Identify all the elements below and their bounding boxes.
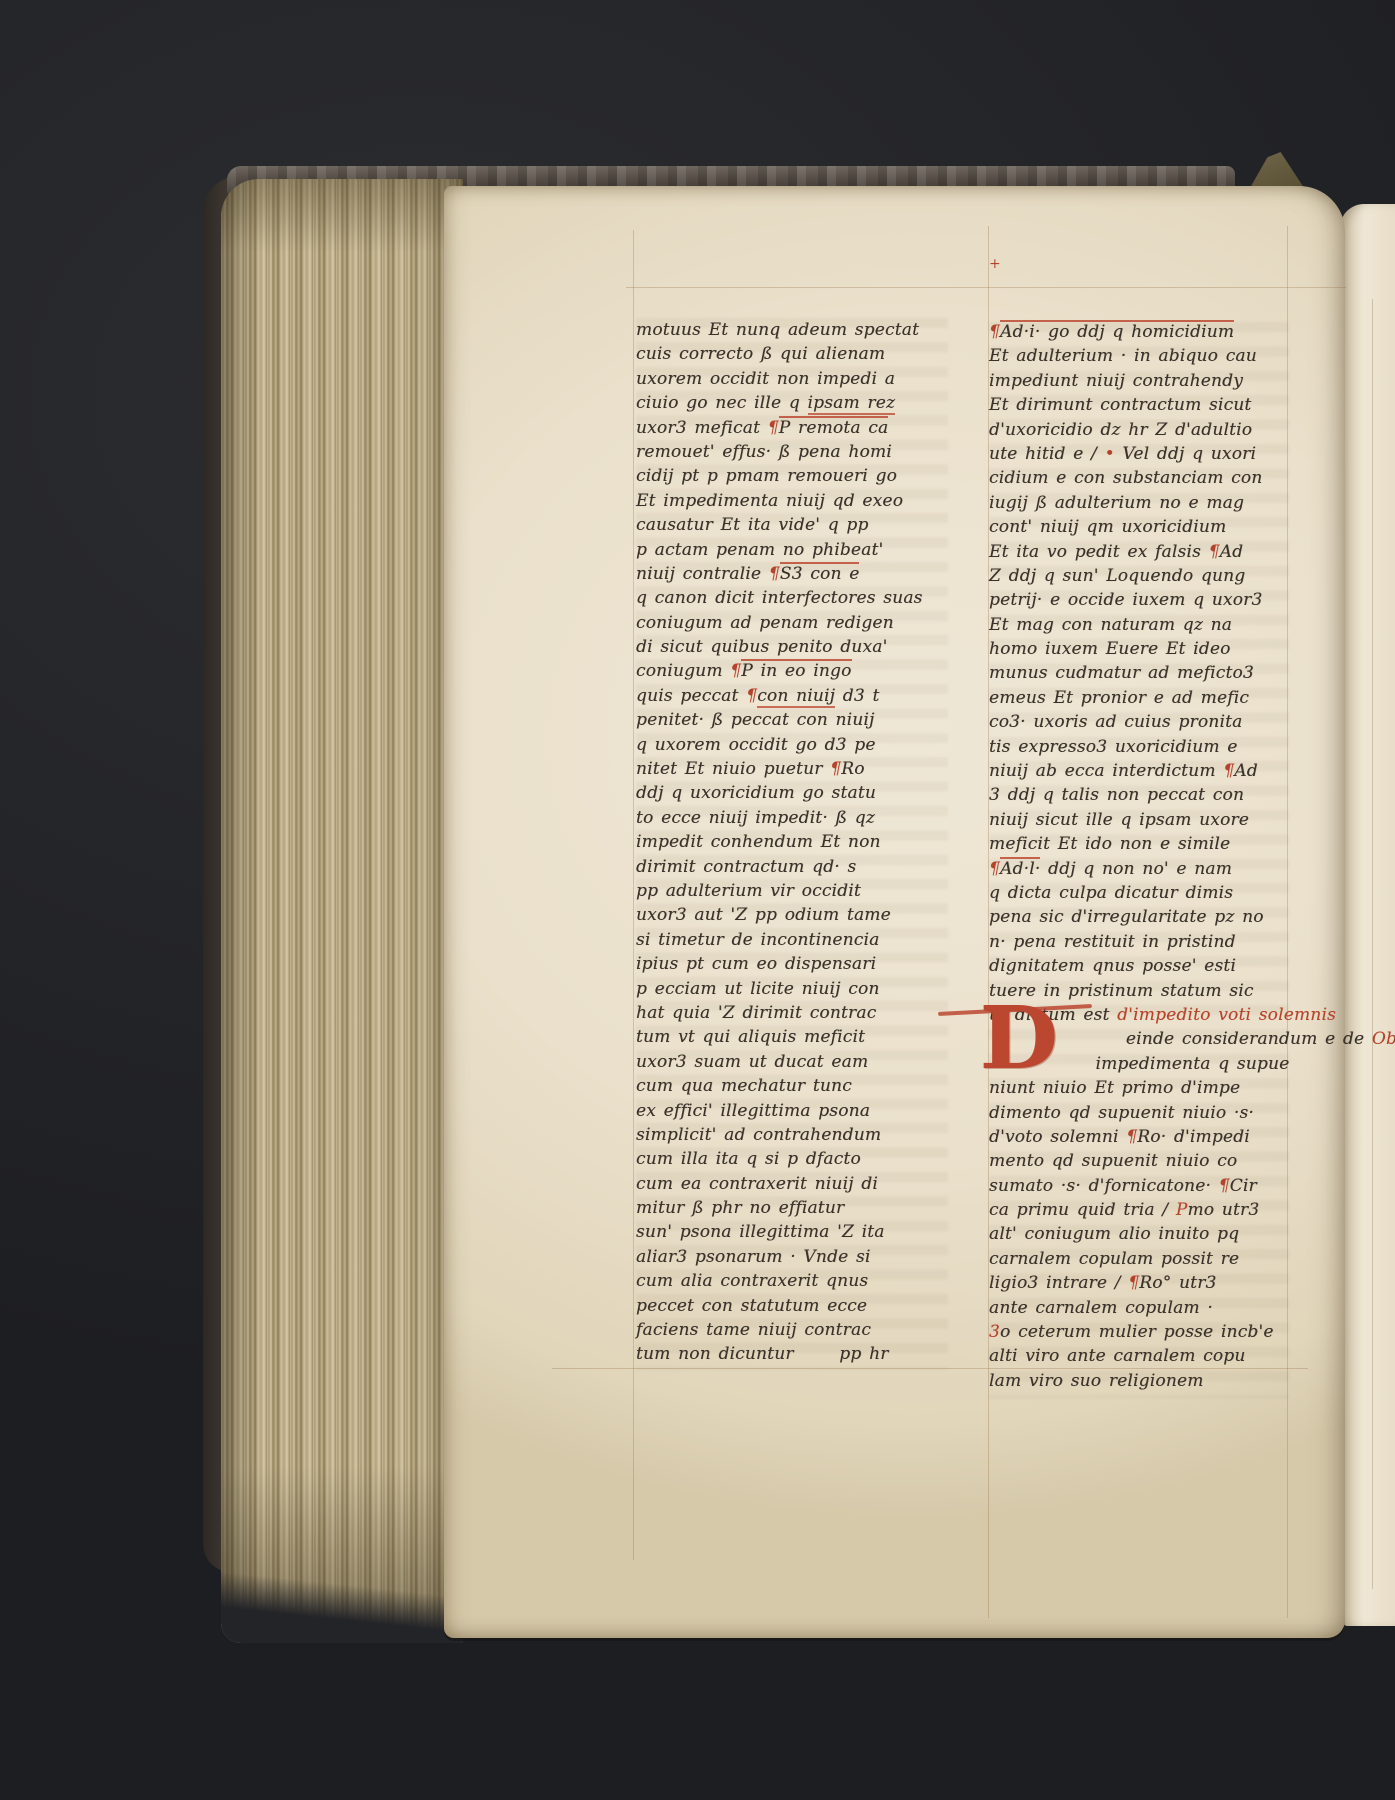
manuscript-text-line: si timetur de incontinencia [636, 928, 948, 952]
manuscript-text-line: petrij· e occide iuxem q uxor3 [989, 588, 1291, 612]
manuscript-text-line: simplicit' ad contrahendum [636, 1123, 948, 1147]
manuscript-text-line: homo iuxem Euere Et ideo [989, 637, 1291, 661]
manuscript-text-line: munus cudmatur ad meficto3 [989, 661, 1291, 685]
manuscript-text-line: Et mag con naturam qz na [989, 613, 1291, 637]
manuscript-text-line: impedit conhendum Et non [636, 830, 948, 854]
manuscript-text-line: Et adulterium · in abiquo cau [989, 344, 1291, 368]
manuscript-text-line: uxorem occidit non impedi a [636, 367, 948, 391]
manuscript-text-line: sun' psona illegittima 'Z ita [636, 1220, 948, 1244]
manuscript-text-line: sumato ·s· d'fornicatone· ¶Cir [989, 1174, 1291, 1198]
manuscript-text-line: cuis correcto ß qui alienam [636, 342, 948, 366]
manuscript-text-line: q canon dicit interfectores suas [636, 586, 948, 610]
manuscript-text-line: ca primu quid tria / Pmo utr3 [989, 1198, 1291, 1222]
page-stack-fore-edge [221, 179, 463, 1643]
manuscript-text-line: dirimit contractum qd· s [636, 855, 948, 879]
manuscript-text-line: ciuio go nec ille q ipsam rez [636, 391, 948, 415]
manuscript-text-line: carnalem copulam possit re [989, 1247, 1291, 1271]
manuscript-text-line: tis expresso3 uxoricidium e [989, 735, 1291, 759]
manuscript-text-line: p ecciam ut licite niuij con [636, 977, 948, 1001]
manuscript-text-line: coniugum ad penam redigen [636, 611, 948, 635]
manuscript-text-line: emeus Et pronior e ad mefic [989, 686, 1291, 710]
manuscript-text-line: ipius pt cum eo dispensari [636, 952, 948, 976]
manuscript-text-line: peccet con statutum ecce [636, 1294, 948, 1318]
manuscript-text-line: dimento qd supuenit niuio ·s· [989, 1101, 1291, 1125]
manuscript-text-line: q uxorem occidit go d3 pe [636, 733, 948, 757]
manuscript-text-line: ante carnalem copulam · [989, 1296, 1291, 1320]
manuscript-text-line: ute hitid e / • Vel ddj q uxori [989, 442, 1291, 466]
text-column-left: motuus Et nunq adeum spectatcuis correct… [636, 318, 948, 1367]
manuscript-text-line: remouet' effus· ß pena homi [636, 440, 948, 464]
manuscript-text-line: tum non dicuntur pp hr [636, 1342, 948, 1366]
manuscript-text-line: Z ddj q sun' Loquendo qung [989, 564, 1291, 588]
manuscript-text-line: hat quia 'Z dirimit contrac [636, 1001, 948, 1025]
red-cross-mark: + [989, 256, 1001, 272]
manuscript-text-line: mitur ß phr no effiatur [636, 1196, 948, 1220]
manuscript-text-line: cum illa ita q si p dfacto [636, 1147, 948, 1171]
manuscript-text-line: uxor3 aut 'Z pp odium tame [636, 903, 948, 927]
manuscript-text-line: co3· uxoris ad cuius pronita [989, 710, 1291, 734]
manuscript-text-line: alt' coniugum alio inuito pq [989, 1222, 1291, 1246]
manuscript-text-line: 3o ceterum mulier posse incb'e [989, 1320, 1291, 1344]
manuscript-text-line: Et impedimenta niuij qd exeo [636, 489, 948, 513]
manuscript-text-line: di sicut quibus penito duxa' [636, 635, 948, 659]
manuscript-text-line: n· pena restituit in pristind [989, 930, 1291, 954]
manuscript-text-line: faciens tame niuij contrac [636, 1318, 948, 1342]
manuscript-text-line: uxor3 meficat ¶P remota ca [636, 416, 948, 440]
manuscript-text-line: iugij ß adulterium no e mag [989, 491, 1291, 515]
manuscript-text-line: meficit Et ido non e simile [989, 832, 1291, 856]
manuscript-text-line: Et ita vo pedit ex falsis ¶Ad [989, 540, 1291, 564]
manuscript-text-line: pp adulterium vir occidit [636, 879, 948, 903]
manuscript-text-line: tum vt qui aliquis meficit [636, 1025, 948, 1049]
rubricated-initial-d: D [979, 996, 1070, 1082]
page-edge-crease [1372, 299, 1373, 1589]
text-column-right: ¶Ad·i· go ddj q homicidiumEt adulterium … [989, 320, 1291, 1393]
manuscript-text-line: cum qua mechatur tunc [636, 1074, 948, 1098]
manuscript-text-line: cum ea contraxerit niuij di [636, 1172, 948, 1196]
manuscript-text-line: uxor3 suam ut ducat eam [636, 1050, 948, 1074]
manuscript-text-line: dignitatem qnus posse' esti [989, 954, 1291, 978]
manuscript-text-line: q dicta culpa dicatur dimis [989, 881, 1291, 905]
manuscript-text-line: to ecce niuij impedit· ß qz [636, 806, 948, 830]
manuscript-text-line: coniugum ¶P in eo ingo [636, 659, 948, 683]
ruling-line-vertical-left [633, 230, 634, 1560]
manuscript-text-line: cont' niuij qm uxoricidium [989, 515, 1291, 539]
manuscript-text-line: lam viro suo religionem [989, 1369, 1291, 1393]
manuscript-text-line: p actam penam no phibeat' [636, 538, 948, 562]
manuscript-text-line: niuij sicut ille q ipsam uxore [989, 808, 1291, 832]
ruling-line-horizontal-top [626, 287, 1346, 288]
manuscript-text-line: penitet· ß peccat con niuij [636, 708, 948, 732]
manuscript-page: + motuus Et nunq adeum spectatcuis corre… [444, 186, 1345, 1638]
manuscript-text-line: quis peccat ¶con niuij d3 t [636, 684, 948, 708]
manuscript-text-line: cidium e con substanciam con [989, 466, 1291, 490]
manuscript-text-line: niuij contralie ¶S3 con e [636, 562, 948, 586]
manuscript-text-line: ligio3 intrare / ¶Ro° utr3 [989, 1271, 1291, 1295]
manuscript-text-line: niuij ab ecca interdictum ¶Ad [989, 759, 1291, 783]
manuscript-text-line: ddj q uxoricidium go statu [636, 781, 948, 805]
manuscript-text-line: d'uxoricidio dz hr Z d'adultio [989, 418, 1291, 442]
manuscript-text-line: ¶Ad·i· go ddj q homicidium [989, 320, 1291, 344]
manuscript-text-line: aliar3 psonarum · Vnde si [636, 1245, 948, 1269]
underlying-page-edge [1340, 204, 1395, 1626]
manuscript-text-line: alti viro ante carnalem copu [989, 1344, 1291, 1368]
manuscript-text-line: impediunt niuij contrahendy [989, 369, 1291, 393]
manuscript-text-line: mento qd supuenit niuio co [989, 1149, 1291, 1173]
manuscript-text-line: cum alia contraxerit qnus [636, 1269, 948, 1293]
photo-background: + motuus Et nunq adeum spectatcuis corre… [0, 0, 1395, 1800]
manuscript-text-line: Et dirimunt contractum sicut [989, 393, 1291, 417]
manuscript-text-line: 3 ddj q talis non peccat con [989, 783, 1291, 807]
manuscript-text-line: pena sic d'irregularitate pz no [989, 905, 1291, 929]
manuscript-text-line: motuus Et nunq adeum spectat [636, 318, 948, 342]
manuscript-text-line: ¶Ad·l· ddj q non no' e nam [989, 857, 1291, 881]
manuscript-text-line: nitet Et niuio puetur ¶Ro [636, 757, 948, 781]
manuscript-text-line: ex effici' illegittima psona [636, 1099, 948, 1123]
manuscript-text-line: causatur Et ita vide' q pp [636, 513, 948, 537]
manuscript-text-line: cidij pt p pmam remoueri go [636, 464, 948, 488]
manuscript-text-line: d'voto solemni ¶Ro· d'impedi [989, 1125, 1291, 1149]
